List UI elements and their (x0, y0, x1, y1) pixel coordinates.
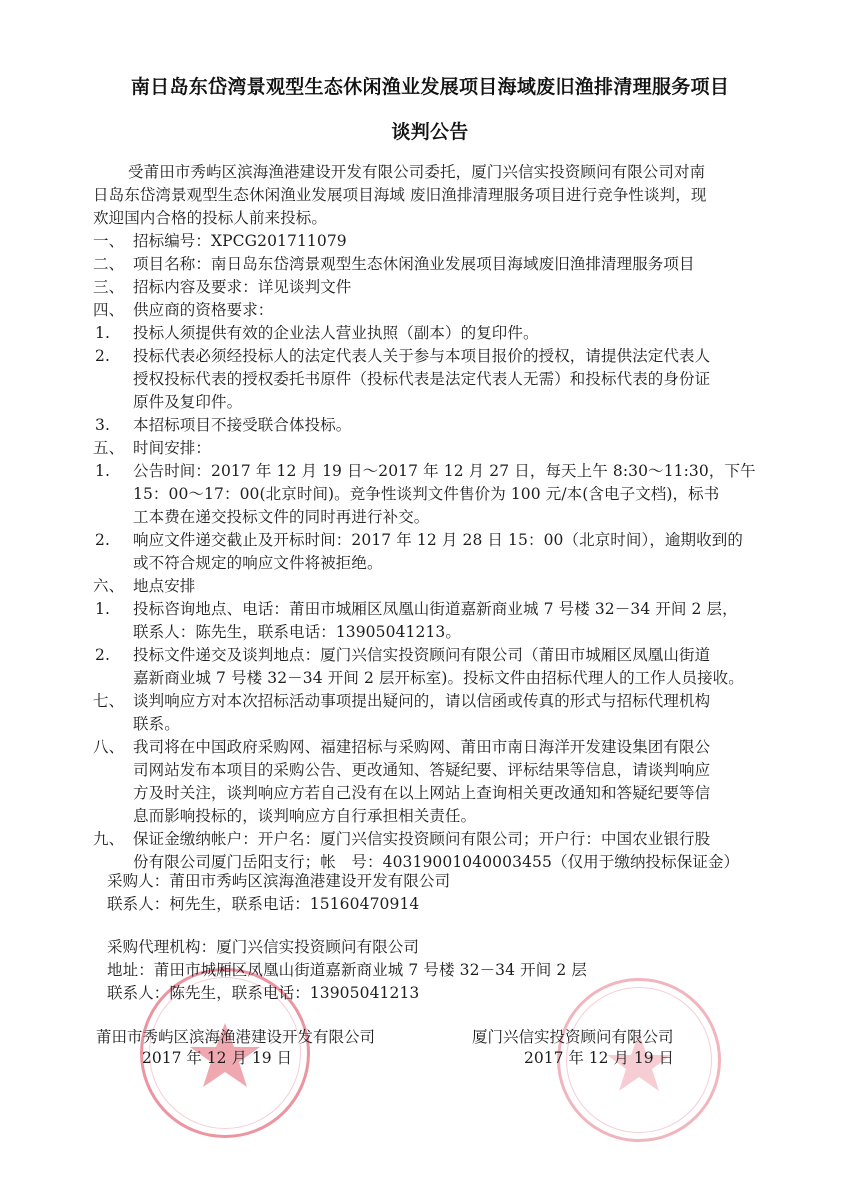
section-9-line-2: 份有限公司厦门岳阳支行；帐 号：40319001040003455（仅用于缴纳投… (133, 852, 739, 872)
document-subtitle: 谈判公告 (0, 117, 860, 144)
section-4-item-3-number: 3. (95, 415, 110, 435)
signature-agency-company: 厦门兴信实投资顾问有限公司 (472, 1025, 674, 1047)
tender-notice-page: 南日岛东岱湾景观型生态休闲渔业发展项目海域废旧渔排清理服务项目 谈判公告 受莆田… (0, 0, 860, 1182)
section-8-line-2: 司网站发布本项目的采购公告、更改通知、答疑纪要、评标结果等信息，请谈判响应 (133, 760, 710, 780)
section-4-item-2-line-2: 授权投标代表的授权委托书原件（投标代表是法定代表人无需）和投标代表的身份证 (133, 369, 710, 389)
section-6-item-1-number: 1. (95, 599, 110, 619)
section-6-item-2-line-2: 嘉新商业城 7 号楼 32－34 开间 2 层开标室)。投标文件由招标代理人的工… (133, 668, 744, 688)
section-6-item-1-line-1: 投标咨询地点、电话：莆田市城厢区凤凰山街道嘉新商业城 7 号楼 32－34 开间… (133, 599, 738, 619)
section-9-line-1: 保证金缴纳帐户：开户名：厦门兴信实投资顾问有限公司；开户行：中国农业银行股 (133, 829, 710, 849)
document-title: 南日岛东岱湾景观型生态休闲渔业发展项目海域废旧渔排清理服务项目 (0, 72, 860, 99)
section-2-text: 项目名称：南日岛东岱湾景观型生态休闲渔业发展项目海域废旧渔排清理服务项目 (133, 254, 695, 274)
signature-agency-date: 2017 年 12 月 19 日 (524, 1046, 674, 1068)
section-5-item-1-number: 1. (95, 461, 110, 481)
section-3-number: 三、 (93, 277, 124, 297)
section-2-number: 二、 (93, 254, 124, 274)
section-5-item-2-number: 2. (95, 530, 110, 550)
section-6-number: 六、 (93, 576, 124, 596)
section-4-number: 四、 (93, 300, 124, 320)
intro-line-2: 日岛东岱湾景观型生态休闲渔业发展项目海域 废旧渔排清理服务项目进行竞争性谈判，现 (93, 185, 706, 205)
section-4-item-1-line-1: 投标人须提供有效的企业法人营业执照（副本）的复印件。 (133, 323, 539, 343)
purchaser-name: 采购人：莆田市秀屿区滨海渔港建设开发有限公司 (107, 871, 450, 891)
intro-line-3: 欢迎国内合格的投标人前来投标。 (93, 208, 327, 228)
section-6-text: 地点安排 (133, 576, 195, 596)
agency-name: 采购代理机构：厦门兴信实投资顾问有限公司 (107, 937, 419, 957)
section-8-line-1: 我司将在中国政府采购网、福建招标与采购网、莆田市南日海洋开发建设集团有限公 (133, 737, 710, 757)
section-4-item-2-number: 2. (95, 346, 110, 366)
section-9-number: 九、 (93, 829, 124, 849)
agency-address: 地址：莆田市城厢区凤凰山街道嘉新商业城 7 号楼 32－34 开间 2 层 (107, 960, 587, 980)
intro-line-1: 受莆田市秀屿区滨海渔港建设开发有限公司委托，厦门兴信实投资顾问有限公司对南 (128, 162, 705, 182)
section-4-item-2-line-1: 投标代表必须经投标人的法定代表人关于参与本项目报价的授权，请提供法定代表人 (133, 346, 710, 366)
agency-contact: 联系人：陈先生，联系电话：13905041213 (107, 983, 419, 1003)
section-6-item-2-line-1: 投标文件递交及谈判地点：厦门兴信实投资顾问有限公司（莆田市城厢区凤凰山街道 (133, 645, 710, 665)
signature-purchaser-date: 2017 年 12 月 19 日 (142, 1046, 292, 1068)
section-7-line-2: 联系。 (133, 714, 180, 734)
section-4-item-1-number: 1. (95, 323, 110, 343)
section-8-line-3: 方及时关注，谈判响应方若自己没有在以上网站上查询相关更改通知和答疑纪要等信 (133, 783, 710, 803)
section-3-text: 招标内容及要求：详见谈判文件 (133, 277, 351, 297)
section-7-number: 七、 (93, 691, 124, 711)
section-8-line-4: 息而影响投标的，谈判响应方自行承担相关责任。 (133, 806, 476, 826)
section-5-text: 时间安排： (133, 438, 211, 458)
section-4-text: 供应商的资格要求： (133, 300, 273, 320)
section-6-item-2-number: 2. (95, 645, 110, 665)
section-5-number: 五、 (93, 438, 124, 458)
section-1-text: 招标编号：XPCG201711079 (133, 231, 347, 251)
section-8-number: 八、 (93, 737, 124, 757)
section-4-item-3-line-1: 本招标项目不接受联合体投标。 (133, 415, 351, 435)
section-1-number: 一、 (93, 231, 124, 251)
section-5-item-2-line-2: 或不符合规定的响应文件将被拒绝。 (133, 553, 383, 573)
section-5-item-1-line-1: 公告时间：2017 年 12 月 19 日～2017 年 12 月 27 日，每… (133, 461, 756, 481)
section-7-line-1: 谈判响应方对本次招标活动事项提出疑问的，请以信函或传真的形式与招标代理机构 (133, 691, 710, 711)
section-5-item-2-line-1: 响应文件递交截止及开标时间：2017 年 12 月 28 日 15：00（北京时… (133, 530, 743, 550)
section-4-item-2-line-3: 原件及复印件。 (133, 392, 242, 412)
purchaser-contact: 联系人：柯先生，联系电话：15160470914 (107, 894, 419, 914)
section-5-item-1-line-3: 工本费在递交投标文件的同时再进行补交。 (133, 507, 429, 527)
signature-purchaser-company: 莆田市秀屿区滨海渔港建设开发有限公司 (96, 1025, 375, 1047)
section-6-item-1-line-2: 联系人：陈先生，联系电话：13905041213。 (133, 622, 461, 642)
section-5-item-1-line-2: 15：00～17：00(北京时间)。竞争性谈判文件售价为 100 元/本(含电子… (133, 484, 719, 504)
